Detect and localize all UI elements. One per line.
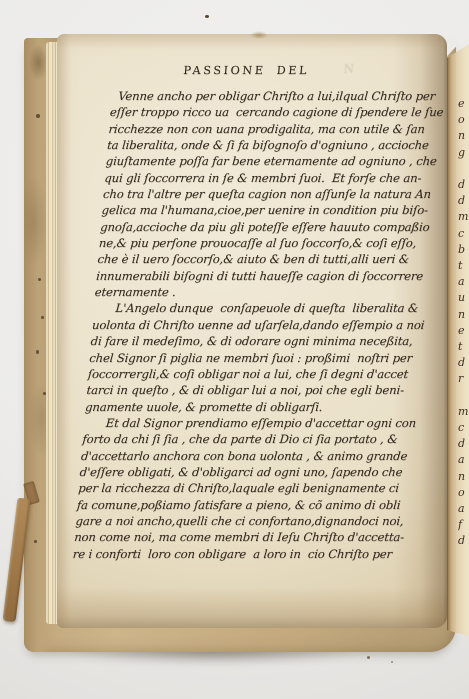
text-fragment [458, 566, 469, 582]
facing-page-sliver: eong ddmcbtaunetdr mcdanoafd [447, 44, 469, 636]
text-line: forto da chi ſi ſia , che da parte di Di… [82, 431, 423, 447]
text-fragment: g [458, 145, 469, 161]
text-fragment: a [458, 501, 469, 517]
text-fragment: d [458, 355, 469, 371]
text-line: ſoccorrergli,& coſi obligar noi a lui, c… [87, 366, 428, 382]
text-line: cho tra l'altre per queſta cagion non aſ… [102, 186, 443, 202]
text-line: eternamente . [94, 284, 435, 300]
text-line: Venne ancho per obligar Chriſto a lui,il… [111, 88, 452, 104]
showthrough-mark: N [343, 62, 357, 76]
text-fragment: d [458, 177, 469, 193]
text-fragment: d [458, 533, 469, 549]
text-fragment: r [458, 371, 469, 387]
wormhole-spot [41, 316, 44, 319]
wormhole-spot [34, 540, 37, 543]
text-fragment: e [458, 96, 469, 112]
text-fragment: f [458, 517, 469, 533]
text-line: giuſtamente poſſa far bene eternamente a… [105, 153, 446, 169]
text-fragment: a [458, 274, 469, 290]
body-text: Venne ancho per obligar Chriſto a lui,il… [72, 88, 452, 562]
text-line: gelica ma l'humana,cioe,per uenire in co… [101, 202, 442, 218]
text-fragment: d [458, 436, 469, 452]
text-line: re i conforti loro con obligare a loro i… [72, 546, 413, 562]
text-line: fa comune,poßiamo ſatisfare a pieno, & c… [76, 497, 417, 513]
text-line: innumerabili biſogni di tutti haueſſe ca… [96, 268, 437, 284]
text-line: gnoſa,accioche da piu gli poteſſe eſſere… [100, 219, 441, 235]
text-line: ricchezze non con uana prodigalita, ma c… [108, 121, 449, 137]
text-fragment: n [458, 469, 469, 485]
text-fragment: e [458, 323, 469, 339]
text-line: L'Angelo dunque conſapeuole di queſta li… [93, 300, 434, 316]
text-line: tarci in queſto , & di obligar lui a noi… [86, 382, 427, 398]
text-line: gare a noi ancho,quelli che ci confortan… [75, 513, 416, 529]
text-fragment: u [458, 290, 469, 306]
page-edge-stain [250, 31, 268, 39]
running-header: PASSIONE DEL [183, 64, 454, 78]
text-fragment: m [458, 404, 469, 420]
text-fragment: d [458, 193, 469, 209]
wormhole-spot [38, 278, 41, 281]
text-fragment: n [458, 307, 469, 323]
wormhole-spot [36, 114, 40, 118]
text-line: d'eſſere obligati, & d'obligarci ad ogni… [79, 464, 420, 480]
dust-speck [205, 15, 209, 18]
text-line: gnamente uuole, & promette di obligarſi. [85, 399, 426, 415]
text-fragment: m [458, 209, 469, 225]
text-fragment: t [458, 258, 469, 274]
text-fragment: n [458, 128, 469, 144]
page-text-block: PASSIONE DEL N Venne ancho per obligar C… [72, 64, 454, 562]
book-photograph: eong ddmcbtaunetdr mcdanoafd PASSIONE DE… [0, 0, 469, 699]
text-fragment: c [458, 420, 469, 436]
text-fragment: o [458, 112, 469, 128]
wormhole-spot [36, 350, 39, 354]
text-line: non come noi, ma come membri di Ieſu Chr… [74, 529, 415, 545]
text-line: eſſer troppo ricco ua cercando cagione d… [109, 104, 450, 120]
text-line: per la ricchezza di Chriſto,laquale egli… [78, 480, 419, 496]
text-fragment: b [458, 242, 469, 258]
text-fragment: o [458, 485, 469, 501]
text-fragment [458, 550, 469, 566]
text-fragment: t [458, 339, 469, 355]
text-fragment: c [458, 226, 469, 242]
text-line: ne,& piu perſone prouocaſſe al ſuo ſocco… [98, 235, 439, 251]
text-line: d'accettarlo anchora con bona uolonta , … [80, 448, 421, 464]
facing-page-text-fragments: eong ddmcbtaunetdr mcdanoafd [458, 96, 469, 582]
text-line: di fare il medeſimo, & di odorare ogni m… [90, 333, 431, 349]
text-line: che è il uero ſoccorſo,& aiuto & ben di … [97, 251, 438, 267]
text-fragment: a [458, 452, 469, 468]
text-line: qui gli ſoccorrera in ſe & membri ſuoi. … [104, 170, 445, 186]
text-line: Et dal Signor prendiamo eſſempio d'accet… [83, 415, 424, 431]
text-line: chel Signor ſi piglia ne membri ſuoi : p… [89, 350, 430, 366]
text-line: uolonta di Chriſto uenne ad uſarſela,dan… [91, 317, 432, 333]
text-fragment [458, 161, 469, 177]
dust-speck [367, 656, 370, 659]
text-line: ta liberalita, onde & ſi fa biſognoſo d'… [106, 137, 447, 153]
text-fragment [458, 388, 469, 404]
dust-speck [391, 661, 393, 663]
